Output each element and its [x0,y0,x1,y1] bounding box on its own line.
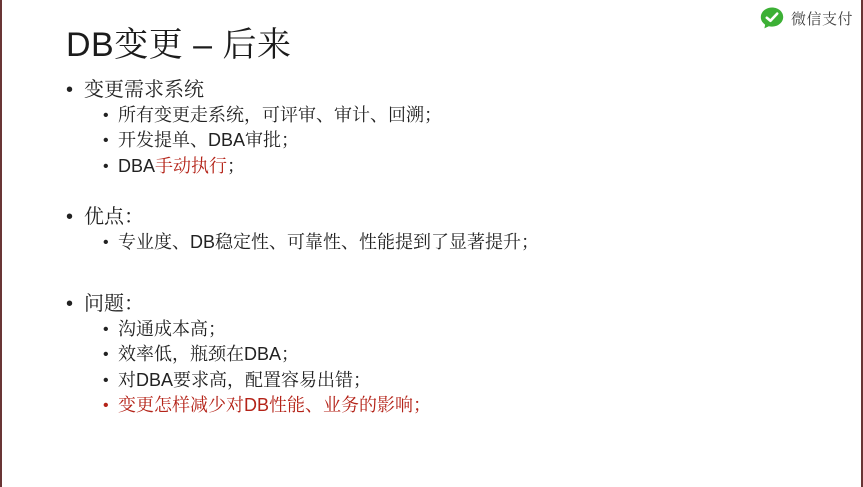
item-text: 开发提单、DBA审批； [118,130,299,150]
section-change-request-system: 变更需求系统 所有变更走系统，可评审、审计、回溯； 开发提单、DBA审批； DB… [66,77,833,180]
bullet-item: 开发提单、DBA审批； [66,128,833,154]
heading-text: 问题： [84,293,144,315]
section-advantages: 优点： 专业度、DB稳定性、可靠性、性能提到了显著提升； [66,204,833,256]
item-text: 所有变更走系统，可评审、审计、回溯； [118,105,442,125]
item-text-suffix: ； [227,156,245,176]
bullet-heading-change-request-system: 变更需求系统 [66,77,833,103]
bullet-item: 效率低，瓶颈在DBA； [66,342,833,368]
slide-title: DB变更 – 后来 [66,24,833,67]
bullet-heading-problems: 问题： [66,291,833,317]
section-problems: 问题： 沟通成本高； 效率低，瓶颈在DBA； 对DBA要求高，配置容易出错； 变… [66,291,833,419]
heading-text: 优点： [84,206,144,228]
bullet-item: 专业度、DB稳定性、可靠性、性能提到了显著提升； [66,230,833,256]
item-text: 对DBA要求高，配置容易出错； [118,370,371,390]
bullet-item: 沟通成本高； [66,317,833,343]
item-text-prefix: DBA [118,156,155,176]
slide-content: DB变更 – 后来 变更需求系统 所有变更走系统，可评审、审计、回溯； 开发提单… [66,24,833,419]
heading-text: 变更需求系统 [84,79,204,101]
item-text: 专业度、DB稳定性、可靠性、性能提到了显著提升； [118,232,539,252]
item-text: 沟通成本高； [118,319,226,339]
item-text: 变更怎样减少对DB性能、业务的影响； [118,395,431,415]
left-edge-line [0,0,2,487]
bullet-item: 对DBA要求高，配置容易出错； [66,368,833,394]
bullet-heading-advantages: 优点： [66,204,833,230]
item-text: 效率低，瓶颈在DBA； [118,344,299,364]
bullet-item-red-impact: 变更怎样减少对DB性能、业务的影响； [66,393,833,419]
item-text-highlight: 手动执行 [155,156,227,176]
bullet-item-dba-manual-exec: DBA手动执行； [66,154,833,180]
slide: 微信支付 DB变更 – 后来 变更需求系统 所有变更走系统，可评审、审计、回溯；… [0,0,863,487]
bullet-item: 所有变更走系统，可评审、审计、回溯； [66,103,833,129]
